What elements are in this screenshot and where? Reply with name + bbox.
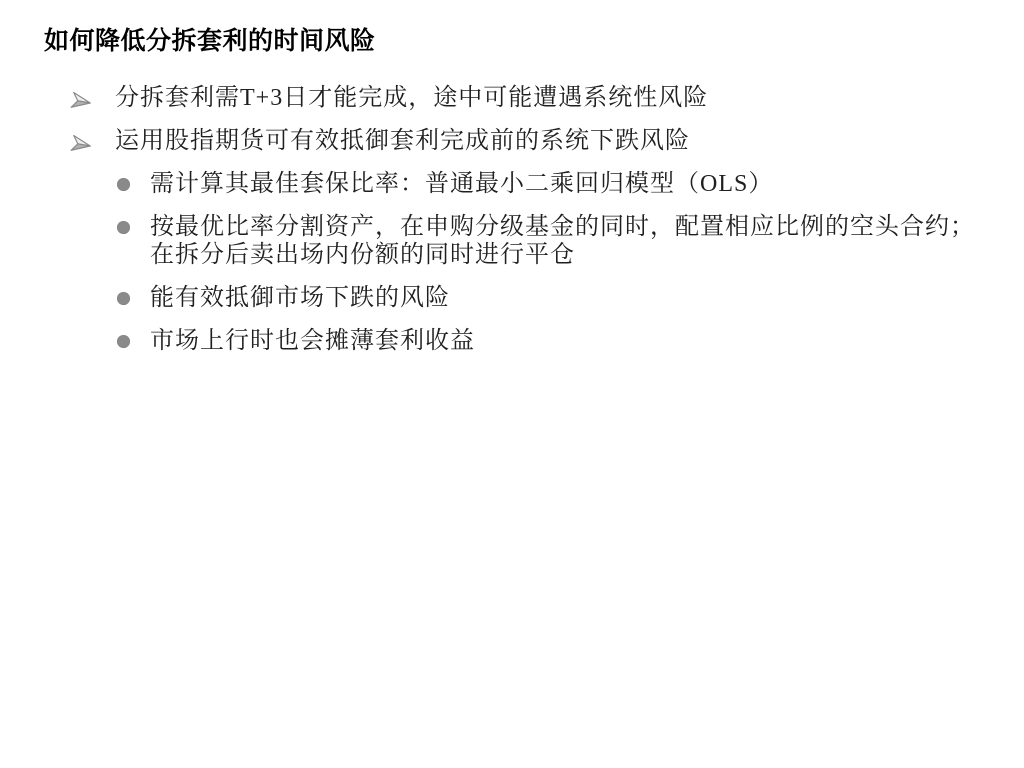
bullet-text: 运用股指期货可有效抵御套利完成前的系统下跌风险 xyxy=(115,127,1024,155)
bullet-item: 运用股指期货可有效抵御套利完成前的系统下跌风险 xyxy=(0,127,1024,155)
bullet-text: 分拆套利需T+3日才能完成，途中可能遭遇系统性风险 xyxy=(115,84,1024,112)
bullet-item: 分拆套利需T+3日才能完成，途中可能遭遇系统性风险 xyxy=(0,84,1024,112)
bullet-text: 能有效抵御市场下跌的风险 xyxy=(150,284,1024,312)
circle-bullet-icon xyxy=(117,178,130,191)
arrowhead-bullet-icon xyxy=(71,87,94,107)
bullet-text: 市场上行时也会摊薄套利收益 xyxy=(150,327,1024,355)
bullet-item: 市场上行时也会摊薄套利收益 xyxy=(0,327,1024,355)
circle-bullet-icon xyxy=(117,221,130,234)
bullet-item: 按最优比率分割资产，在申购分级基金的同时，配置相应比例的空头合约； 在拆分后卖出… xyxy=(0,213,1024,269)
slide-title: 如何降低分拆套利的时间风险 xyxy=(44,24,376,58)
arrowhead-bullet-icon xyxy=(71,130,94,150)
bullet-item: 需计算其最佳套保比率：普通最小二乘回归模型（OLS） xyxy=(0,170,1024,198)
presentation-slide: 如何降低分拆套利的时间风险 分拆套利需T+3日才能完成，途中可能遭遇系统性风险 … xyxy=(0,0,1024,768)
bullet-item: 能有效抵御市场下跌的风险 xyxy=(0,284,1024,312)
bullet-list: 分拆套利需T+3日才能完成，途中可能遭遇系统性风险 运用股指期货可有效抵御套利完… xyxy=(0,84,1024,370)
circle-bullet-icon xyxy=(117,292,130,305)
bullet-text: 按最优比率分割资产，在申购分级基金的同时，配置相应比例的空头合约； 在拆分后卖出… xyxy=(150,213,1024,269)
circle-bullet-icon xyxy=(117,335,130,348)
bullet-text: 需计算其最佳套保比率：普通最小二乘回归模型（OLS） xyxy=(150,170,1024,198)
